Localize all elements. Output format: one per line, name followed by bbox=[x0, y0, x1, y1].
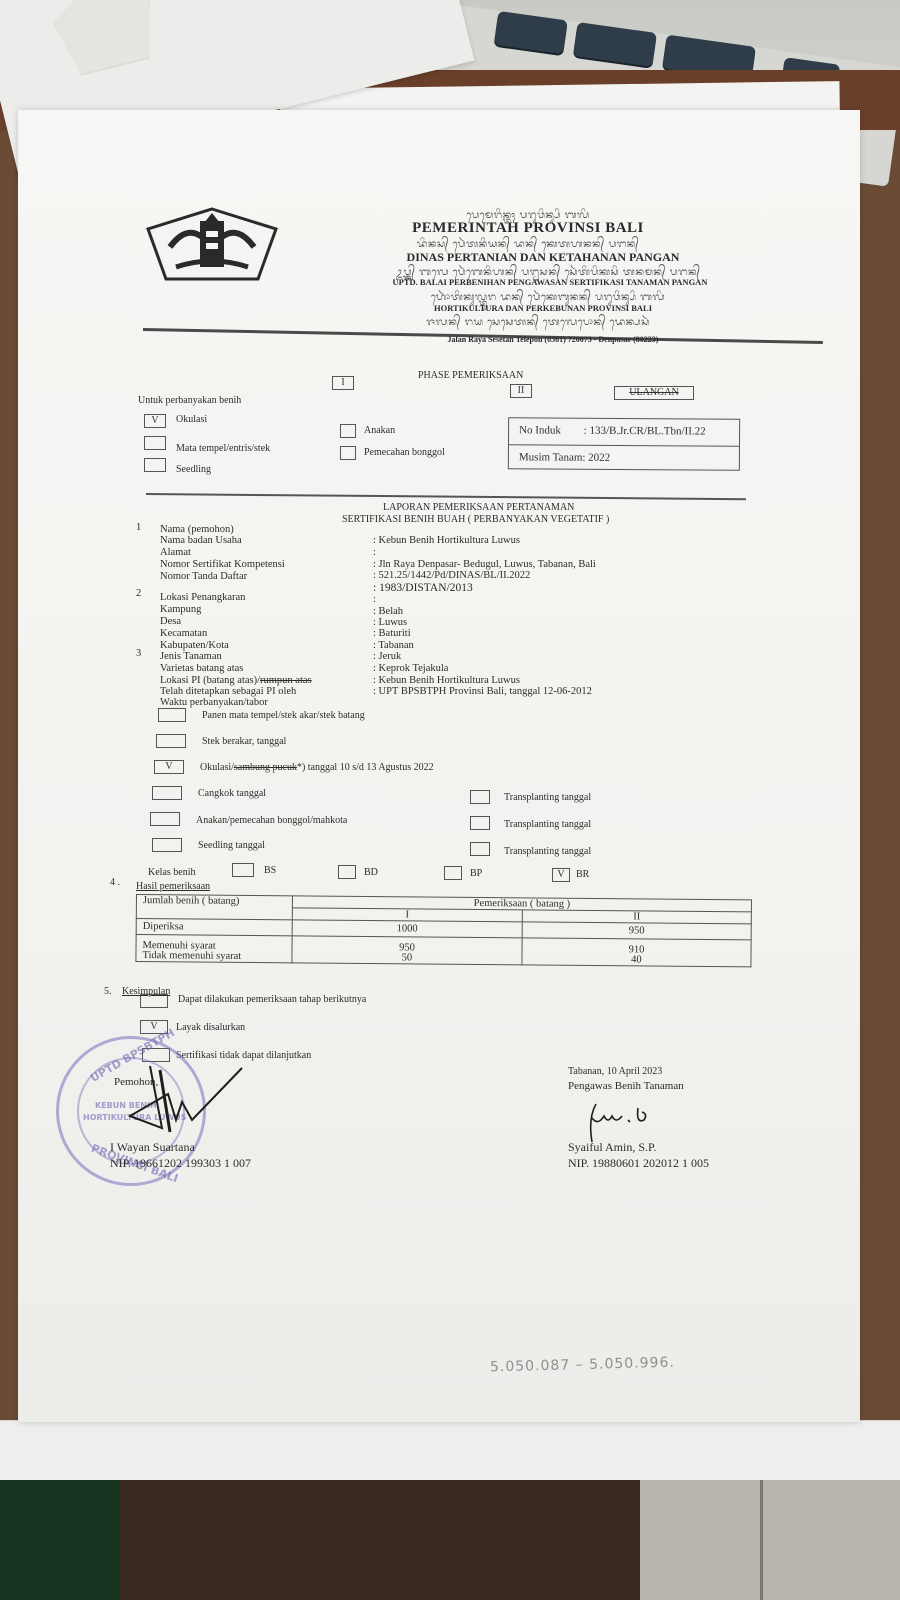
checkbox-seedling-tanggal[interactable] bbox=[152, 838, 182, 852]
section-1-number: 1 bbox=[136, 522, 141, 533]
field-value: : UPT BPSBTPH Provinsi Bali, tanggal 12-… bbox=[373, 686, 592, 697]
inspection-results-table: Jumlah benih ( batang) Pemeriksaan ( bat… bbox=[135, 894, 752, 967]
report-title-2: SERTIFIKASI BENIH BUAH ( PERBANYAKAN VEG… bbox=[342, 514, 609, 525]
class-bd: BD bbox=[364, 867, 378, 878]
bali-province-emblem-icon bbox=[146, 207, 278, 281]
field-value: : Kebun Benih Hortikultura Luwus bbox=[373, 535, 520, 546]
checkbox-okulasi-tanggal[interactable]: V bbox=[154, 760, 184, 774]
option-okulasi: Okulasi bbox=[176, 414, 207, 425]
background-wall bbox=[640, 1480, 900, 1600]
option-transplanting-2: Transplanting tanggal bbox=[504, 819, 591, 830]
field-value: : Belah bbox=[373, 606, 403, 617]
option-layak-disalurkan: Layak disalurkan bbox=[176, 1022, 245, 1033]
phase-box-2[interactable]: II bbox=[510, 384, 532, 398]
option-seedling-tanggal: Seedling tanggal bbox=[198, 840, 265, 851]
section-divider bbox=[146, 493, 746, 500]
checkbox-anakan-pemecahan[interactable] bbox=[150, 812, 180, 826]
option-cangkok: Cangkok tanggal bbox=[198, 788, 266, 799]
letterhead-title: PEMERINTAH PROVINSI BALI bbox=[278, 220, 778, 237]
field-label: Kampung bbox=[160, 604, 201, 615]
field-label: Jenis Tanaman bbox=[160, 651, 222, 662]
field-value: : Tabanan bbox=[373, 640, 414, 651]
class-br: BR bbox=[576, 869, 589, 880]
option-anakan-pemecahan: Anakan/pemecahan bonggol/mahkota bbox=[196, 815, 347, 826]
field-label: Desa bbox=[160, 616, 181, 627]
checkbox-class-bp[interactable] bbox=[444, 866, 462, 880]
underlying-sheet bbox=[0, 1420, 900, 1480]
cell-value: 40 bbox=[522, 954, 751, 966]
registration-info-box: No Induk : 133/B.Jr.CR/BL.Tbn/II.22 Musi… bbox=[508, 417, 740, 471]
option-pemeriksaan-berikutnya: Dapat dilakukan pemeriksaan tahap beriku… bbox=[178, 994, 366, 1005]
checkbox-transplanting-2[interactable] bbox=[470, 816, 490, 830]
field-value: : bbox=[373, 594, 376, 605]
field-value: : 521.25/1442/Pd/DINAS/BL/II.2022 bbox=[373, 570, 530, 581]
option-pemecahan-bonggol: Pemecahan bonggol bbox=[364, 447, 445, 458]
applicant-name: I Wayan Suartana bbox=[110, 1140, 195, 1155]
column-header-jumlah: Jumlah benih ( batang) bbox=[136, 895, 292, 920]
option-text: *) tanggal 10 s/d 13 Agustus 2022 bbox=[297, 762, 434, 773]
phase-box-ulangan[interactable]: ULANGAN bbox=[614, 386, 694, 400]
no-induk-label: No Induk bbox=[519, 424, 561, 436]
field-label: Varietas batang atas bbox=[160, 663, 243, 674]
letterhead-address: Jalan Raya Sesetan Telepon (0361) 720073… bbox=[303, 335, 803, 344]
letterhead-balinese-script: ᬚᬮᬦ᭄ ᬭᬬ ᬲᬾᬲᬾᬢᬦ᭄ ᬢᬾᬮᬾᬧᭀᬦ᭄ ᬤᬾᬦ᭄ᬧᬲᬃ bbox=[268, 315, 808, 333]
cell-value: 950 bbox=[522, 922, 751, 940]
wall-seam bbox=[760, 1480, 763, 1600]
supervisor-name: Syaiful Amin, S.P. bbox=[568, 1140, 656, 1155]
embossed-emblem bbox=[45, 0, 164, 80]
option-transplanting-1: Transplanting tanggal bbox=[504, 792, 591, 803]
seed-class-label: Kelas benih bbox=[148, 867, 196, 878]
option-seedling: Seedling bbox=[176, 464, 211, 475]
field-label-text: Lokasi PI (batang atas)/ bbox=[160, 675, 260, 686]
row-label: Diperiksa bbox=[136, 919, 292, 936]
field-value: : Jln Raya Denpasar- Bedugul, Luwus, Tab… bbox=[373, 559, 596, 570]
field-label-struck: rumpun atas bbox=[260, 675, 312, 686]
phase-box-1[interactable]: I bbox=[332, 376, 354, 390]
field-label: Nama badan Usaha bbox=[160, 535, 242, 546]
field-value: : Jeruk bbox=[373, 651, 401, 662]
checkbox-panen-mata-tempel[interactable] bbox=[158, 708, 186, 722]
option-anakan: Anakan bbox=[364, 425, 395, 436]
option-mata-tempel: Mata tempel/entris/stek bbox=[176, 443, 270, 454]
field-label: Kabupaten/Kota bbox=[160, 640, 229, 651]
field-label: Nama (pemohon) bbox=[160, 524, 234, 535]
option-okulasi-tanggal: Okulasi/sambung pucuk*) tanggal 10 s/d 1… bbox=[200, 762, 434, 773]
section-3-number: 3 bbox=[136, 648, 141, 659]
field-label: Lokasi PI (batang atas)/rumpun atas bbox=[160, 675, 312, 686]
field-value: : Kebun Benih Hortikultura Luwus bbox=[373, 675, 520, 686]
field-value: : Baturiti bbox=[373, 628, 411, 639]
section-4-number: 4 . bbox=[110, 877, 120, 888]
field-label: Nomor Tanda Daftar bbox=[160, 571, 247, 582]
checkbox-anakan[interactable] bbox=[340, 424, 356, 438]
applicant-nip: NIP. 19661202 199303 1 007 bbox=[110, 1156, 251, 1171]
no-induk-row: No Induk : 133/B.Jr.CR/BL.Tbn/II.22 bbox=[509, 418, 739, 446]
field-value: : Luwus bbox=[373, 617, 407, 628]
checkbox-seedling[interactable] bbox=[144, 458, 166, 472]
field-value: : bbox=[373, 547, 376, 558]
option-text: Okulasi/ bbox=[200, 762, 234, 773]
letterhead-unit-2: HORTIKULTURA DAN PERKEBUNAN PROVINSI BAL… bbox=[293, 303, 793, 313]
section-4-title: Hasil pemeriksaan bbox=[136, 881, 210, 892]
letterhead-unit: UPTD. BALAI PERBENIHAN PENGAWASAN SERTIF… bbox=[280, 277, 820, 287]
background-fabric bbox=[0, 1480, 120, 1600]
checkbox-class-br[interactable]: V bbox=[552, 868, 570, 882]
checkbox-class-bd[interactable] bbox=[338, 865, 356, 879]
checkbox-class-bs[interactable] bbox=[232, 863, 254, 877]
checkbox-transplanting-1[interactable] bbox=[470, 790, 490, 804]
checkbox-cangkok[interactable] bbox=[152, 786, 182, 800]
field-label: Waktu perbanyakan/tabor bbox=[160, 697, 268, 708]
inspection-report-document: ᬧᬾᬫᬾᬭᬶᬦ᭄ᬢᬄ ᬧᬭᬸᬯᬶᬦ᭄ᬲᬶ ᬩᬮᬶ PEMERINTAH PROV… bbox=[18, 110, 860, 1422]
section-5-number: 5. bbox=[104, 986, 112, 997]
no-induk-value: : 133/B.Jr.CR/BL.Tbn/II.22 bbox=[584, 425, 706, 438]
option-panen-mata-tempel: Panen mata tempel/stek akar/stek batang bbox=[202, 710, 365, 721]
option-stek-berakar: Stek berakar, tanggal bbox=[202, 736, 286, 747]
option-text-struck: sambung pucuk bbox=[234, 762, 297, 773]
field-label: Kecamatan bbox=[160, 628, 207, 639]
supervisor-role: Pengawas Benih Tanaman bbox=[568, 1080, 684, 1092]
class-bp: BP bbox=[470, 868, 482, 879]
report-title-1: LAPORAN PEMERIKSAAN PERTANAMAN bbox=[383, 502, 574, 513]
musim-tanam: Musim Tanam: 2022 bbox=[509, 444, 739, 472]
field-label: Telah ditetapkan sebagai PI oleh bbox=[160, 686, 296, 697]
class-bs: BS bbox=[264, 865, 276, 876]
applicant-signature-icon bbox=[110, 1058, 250, 1138]
phase-title: PHASE PEMERIKSAAN bbox=[418, 370, 523, 381]
checkbox-pemeriksaan-berikutnya[interactable] bbox=[140, 994, 168, 1008]
checkbox-mata-tempel[interactable] bbox=[144, 436, 166, 450]
checkbox-stek-berakar[interactable] bbox=[156, 734, 186, 748]
handwritten-serial-range: 5.050.087 – 5.050.996. bbox=[490, 1355, 675, 1376]
cell-value: 1000 bbox=[292, 920, 522, 938]
field-label: Alamat bbox=[160, 547, 191, 558]
option-transplanting-3: Transplanting tanggal bbox=[504, 846, 591, 857]
field-value: : 1983/DISTAN/2013 bbox=[373, 582, 473, 594]
field-label: Nomor Sertifikat Kompetensi bbox=[160, 559, 285, 570]
section-2-number: 2 bbox=[136, 588, 141, 599]
checkbox-okulasi[interactable]: V bbox=[144, 414, 166, 428]
checkbox-pemecahan-bonggol[interactable] bbox=[340, 446, 356, 460]
propagation-label: Untuk perbanyakan benih bbox=[138, 395, 241, 406]
letterhead-department: DINAS PERTANIAN DAN KETAHANAN PANGAN bbox=[293, 250, 793, 265]
checkbox-transplanting-3[interactable] bbox=[470, 842, 490, 856]
field-value: : Keprok Tejakula bbox=[373, 663, 448, 674]
supervisor-nip: NIP. 19880601 202012 1 005 bbox=[568, 1156, 709, 1171]
field-label: Lokasi Penangkaran bbox=[160, 592, 245, 603]
supervisor-signature-icon bbox=[578, 1098, 658, 1146]
place-date: Tabanan, 10 April 2023 bbox=[568, 1066, 662, 1077]
row-label: Tidak memenuhi syarat bbox=[136, 951, 292, 963]
cell-value: 50 bbox=[292, 952, 522, 965]
